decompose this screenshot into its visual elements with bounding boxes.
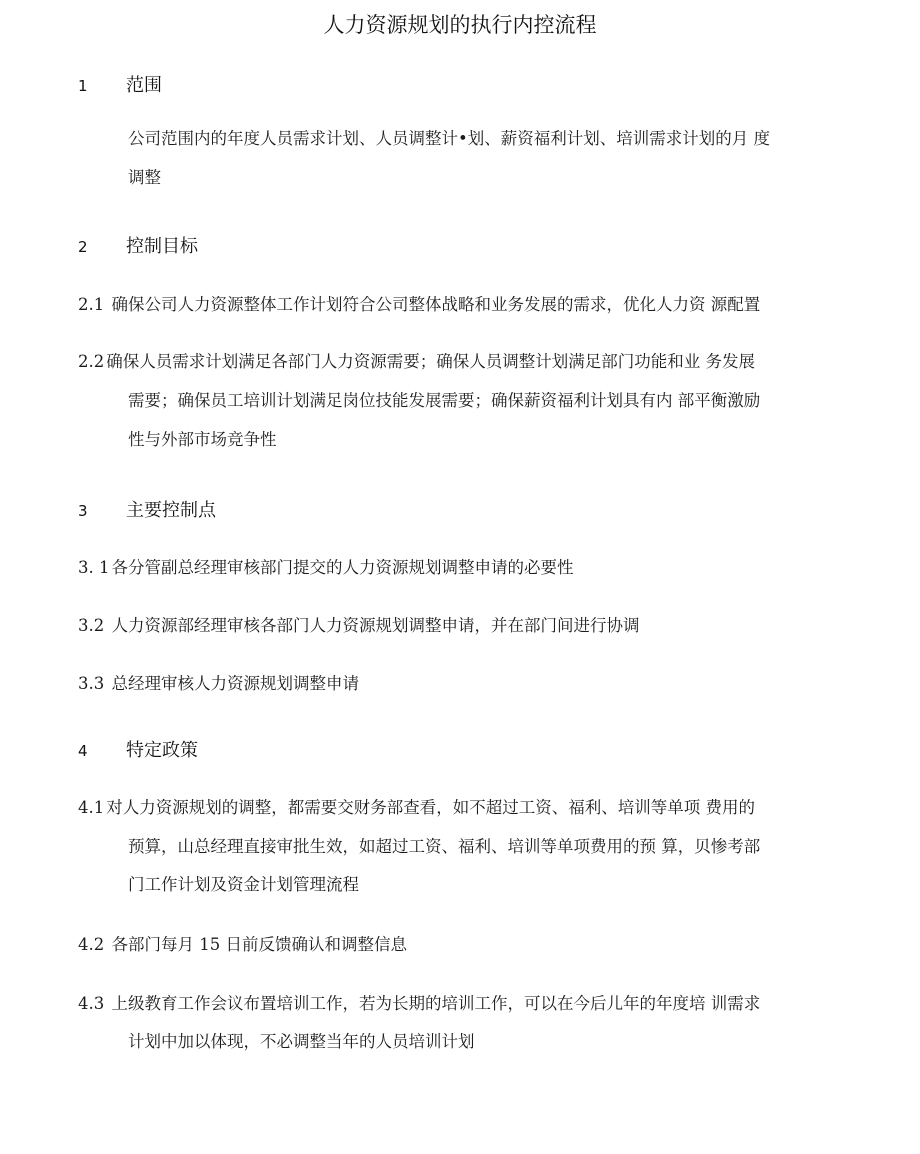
- paragraph-line: 对人力资源规划的调整，都需要交财务部查看，如不超过工资、福利、培训等单项 费用的: [106, 798, 755, 817]
- paragraph-number: 2.1: [78, 295, 104, 314]
- paragraph-number: 4.1: [78, 798, 104, 817]
- paragraph-3-1: 3. 1各分管副总经理审核部门提交的人力资源规划调整申请的必要性: [78, 556, 574, 580]
- paragraph-line: 需要；确保员工培训计划满足岗位技能发展需要；确保薪资福利计划具有内 部平衡激励: [128, 389, 760, 413]
- section-heading-4: 4特定政策: [78, 738, 198, 764]
- section-title: 控制目标: [126, 236, 198, 257]
- paragraph-line: 确保人员需求计划满足各部门人力资源需要；确保人员调整计划满足部门功能和业 务发展: [106, 352, 755, 371]
- section-title: 范围: [126, 75, 162, 96]
- document-title: 人力资源规划的执行内控流程: [0, 10, 920, 40]
- section-number: 4: [78, 738, 126, 764]
- paragraph-line: 性与外部市场竞争性: [128, 428, 277, 452]
- paragraph-3-3: 3.3 总经理审核人力资源规划调整申请: [78, 672, 359, 696]
- paragraph-number: 2.2: [78, 352, 104, 371]
- paragraph-line: 人力资源部经理审核各部门人力资源规划调整申请，并在部门间进行协调: [112, 616, 640, 635]
- paragraph-4-2: 4.2 各部门每月 15 日前反馈确认和调整信息: [78, 933, 407, 957]
- paragraph-3-2: 3.2 人力资源部经理审核各部门人力资源规划调整申请，并在部门间进行协调: [78, 614, 640, 638]
- paragraph-number: 3.2: [78, 616, 104, 635]
- section-number: 1: [78, 73, 126, 99]
- section-number: 3: [78, 498, 126, 524]
- section-heading-3: 3主要控制点: [78, 498, 216, 524]
- section-title: 特定政策: [126, 740, 198, 761]
- section-title: 主要控制点: [126, 500, 216, 521]
- paragraph-4-3: 4.3 上级教育工作会议布置培训工作，若为长期的培训工作，可以在今后儿年的年度培…: [78, 992, 760, 1016]
- paragraph-number: 3.3: [78, 674, 104, 693]
- section-number: 2: [78, 234, 126, 260]
- paragraph-line: 各分管副总经理审核部门提交的人力资源规划调整申请的必要性: [112, 558, 574, 577]
- paragraph-line: 各部门每月 15 日前反馈确认和调整信息: [112, 935, 408, 954]
- section-heading-1: 1范围: [78, 73, 162, 99]
- paragraph-line: 公司范围内的年度人员需求计划、人员调整计•划、薪资福利计划、培训需求计划的月 度: [128, 127, 770, 151]
- paragraph-line: 确保公司人力资源整体工作计划符合公司整体战略和业务发展的需求，优化人力资 源配置: [112, 295, 761, 314]
- paragraph-2-2: 2.2确保人员需求计划满足各部门人力资源需要；确保人员调整计划满足部门功能和业 …: [78, 350, 755, 374]
- paragraph-line: 调整: [128, 166, 161, 190]
- paragraph-line: 总经理审核人力资源规划调整申请: [112, 674, 360, 693]
- paragraph-number: 4.3: [78, 994, 104, 1013]
- paragraph-line: 计划中加以体现，不必调整当年的人员培训计划: [128, 1030, 475, 1054]
- paragraph-line: 预算，山总经理直接审批生效，如超过工资、福利、培训等单项费用的预 算，贝惨考部: [128, 835, 760, 859]
- paragraph-number: 4.2: [78, 935, 104, 954]
- section-heading-2: 2控制目标: [78, 234, 198, 260]
- paragraph-4-1: 4.1对人力资源规划的调整，都需要交财务部查看，如不超过工资、福利、培训等单项 …: [78, 796, 755, 820]
- paragraph-line: 门工作计划及资金计划管理流程: [128, 873, 359, 897]
- paragraph-2-1: 2.1 确保公司人力资源整体工作计划符合公司整体战略和业务发展的需求，优化人力资…: [78, 293, 760, 317]
- paragraph-line: 上级教育工作会议布置培训工作，若为长期的培训工作，可以在今后儿年的年度培 训需求: [112, 994, 761, 1013]
- paragraph-number: 3. 1: [78, 558, 110, 577]
